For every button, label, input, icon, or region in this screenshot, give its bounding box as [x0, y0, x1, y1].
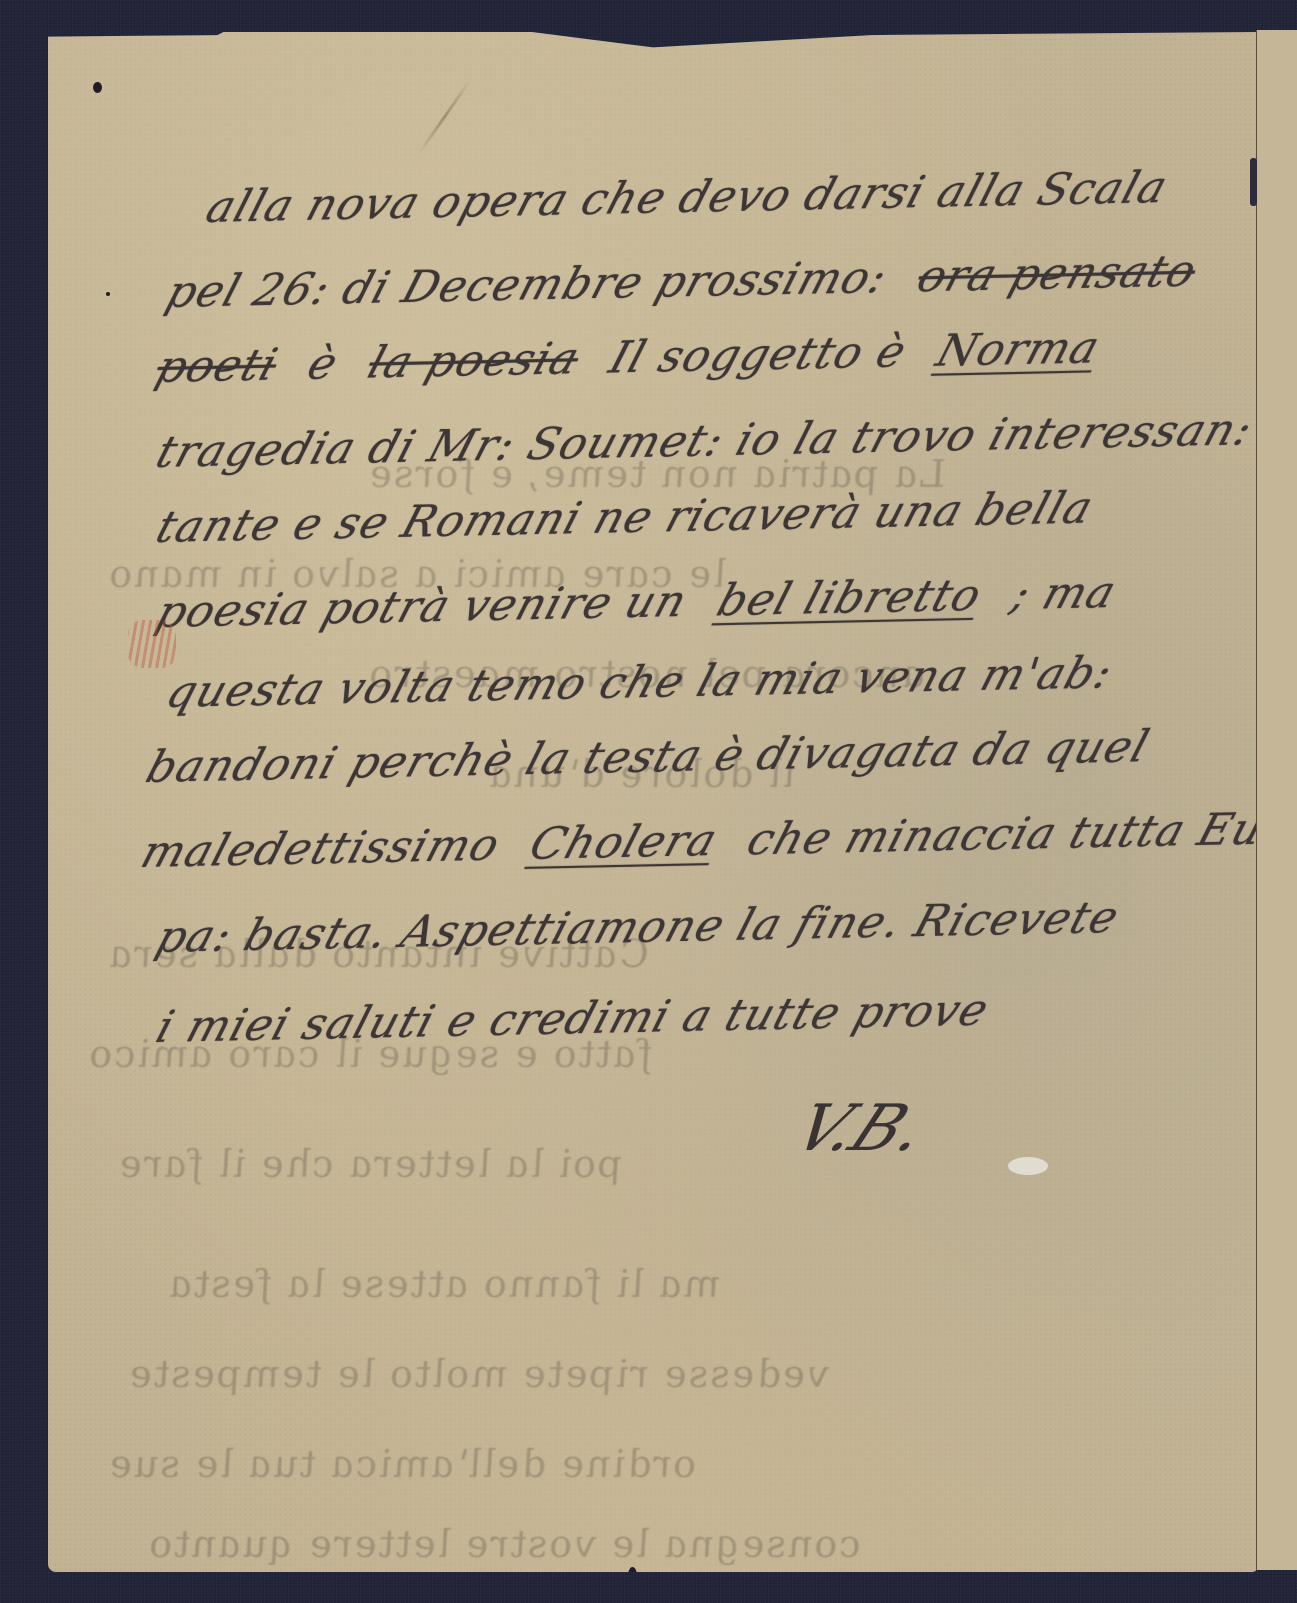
text-segment: pa: basta. Aspettiamone la fine. Ricevet…: [150, 892, 1125, 963]
underlined-text: bel libretto: [711, 570, 988, 626]
text-segment: è: [302, 338, 345, 390]
text-segment: che minaccia tutta Euro:: [741, 802, 1297, 865]
text-segment: bandoni perchè la testa è divagata da qu…: [140, 721, 1155, 793]
bleed-through-line: ordine dell'amica tua le sue: [103, 1442, 703, 1486]
text-segment: pel 26: di Decembre prossimo:: [160, 252, 893, 318]
signature: V.B.: [783, 1092, 940, 1166]
letter-line-1: alla nova opera che devo darsi alla Scal…: [200, 162, 1192, 233]
bleed-through-line: vedesse ripete molto le tempeste: [123, 1352, 835, 1396]
letter-line-10: pa: basta. Aspettiamone la fine. Ricevet…: [150, 892, 1143, 963]
text-segment: alla nova opera che devo darsi alla Scal…: [200, 162, 1174, 233]
ink-spot: [628, 1567, 637, 1585]
fold-tear-mark: [1250, 158, 1257, 206]
text-segment: Il soggetto è: [604, 326, 913, 383]
letter-line-5: tante e se Romani ne ricaverà una bella: [150, 482, 1117, 553]
ink-spot: [93, 82, 102, 93]
struck-text: ora pensato: [911, 246, 1203, 303]
text-segment: maledettissimo: [135, 820, 506, 878]
letter-line-11: i miei saluti e credimi a tutte prove: [150, 984, 1013, 1053]
text-segment: ; ma: [1006, 567, 1123, 620]
underlined-text: Cholera: [524, 815, 724, 870]
letter-line-8: bandoni perchè la testa è divagata da qu…: [140, 721, 1173, 793]
letter-line-3: poeti è la poesia Il soggetto è Norma: [150, 322, 1124, 393]
bleed-through-line: consegna le vostre lettere quanto: [143, 1522, 867, 1566]
facing-page-edge: [1256, 30, 1297, 1570]
struck-text: poeti: [150, 340, 284, 393]
letter-line-2: pel 26: di Decembre prossimo: ora pensat…: [160, 245, 1221, 318]
red-library-stamp: [128, 620, 176, 668]
text-segment: i miei saluti e credimi a tutte prove: [150, 985, 995, 1053]
underlined-text: Norma: [930, 322, 1106, 376]
letter-line-9: maledettissimo Cholera che minaccia tutt…: [135, 802, 1297, 878]
manuscript-page: La patria non teme, e forse le care amic…: [48, 32, 1258, 1572]
struck-text: la poesia: [362, 333, 586, 388]
bleed-through-line: poi la lettera che il fare: [113, 1142, 629, 1186]
ink-spot: [106, 292, 110, 296]
text-segment: questa volta temo che la mia vena m'ab:: [160, 647, 1119, 718]
bleed-through-line: ma li fanno attese la festa: [163, 1262, 726, 1306]
paper-damage-speck: [1008, 1157, 1048, 1175]
letter-line-7: questa volta temo che la mia vena m'ab:: [160, 647, 1137, 718]
scan-mount-background: La patria non teme, e forse le care amic…: [0, 0, 1297, 1603]
text-segment: tante e se Romani ne ricaverà una bella: [150, 483, 1099, 553]
text-segment: poesia potrà venire un: [150, 576, 693, 638]
paper-crease: [417, 79, 471, 154]
